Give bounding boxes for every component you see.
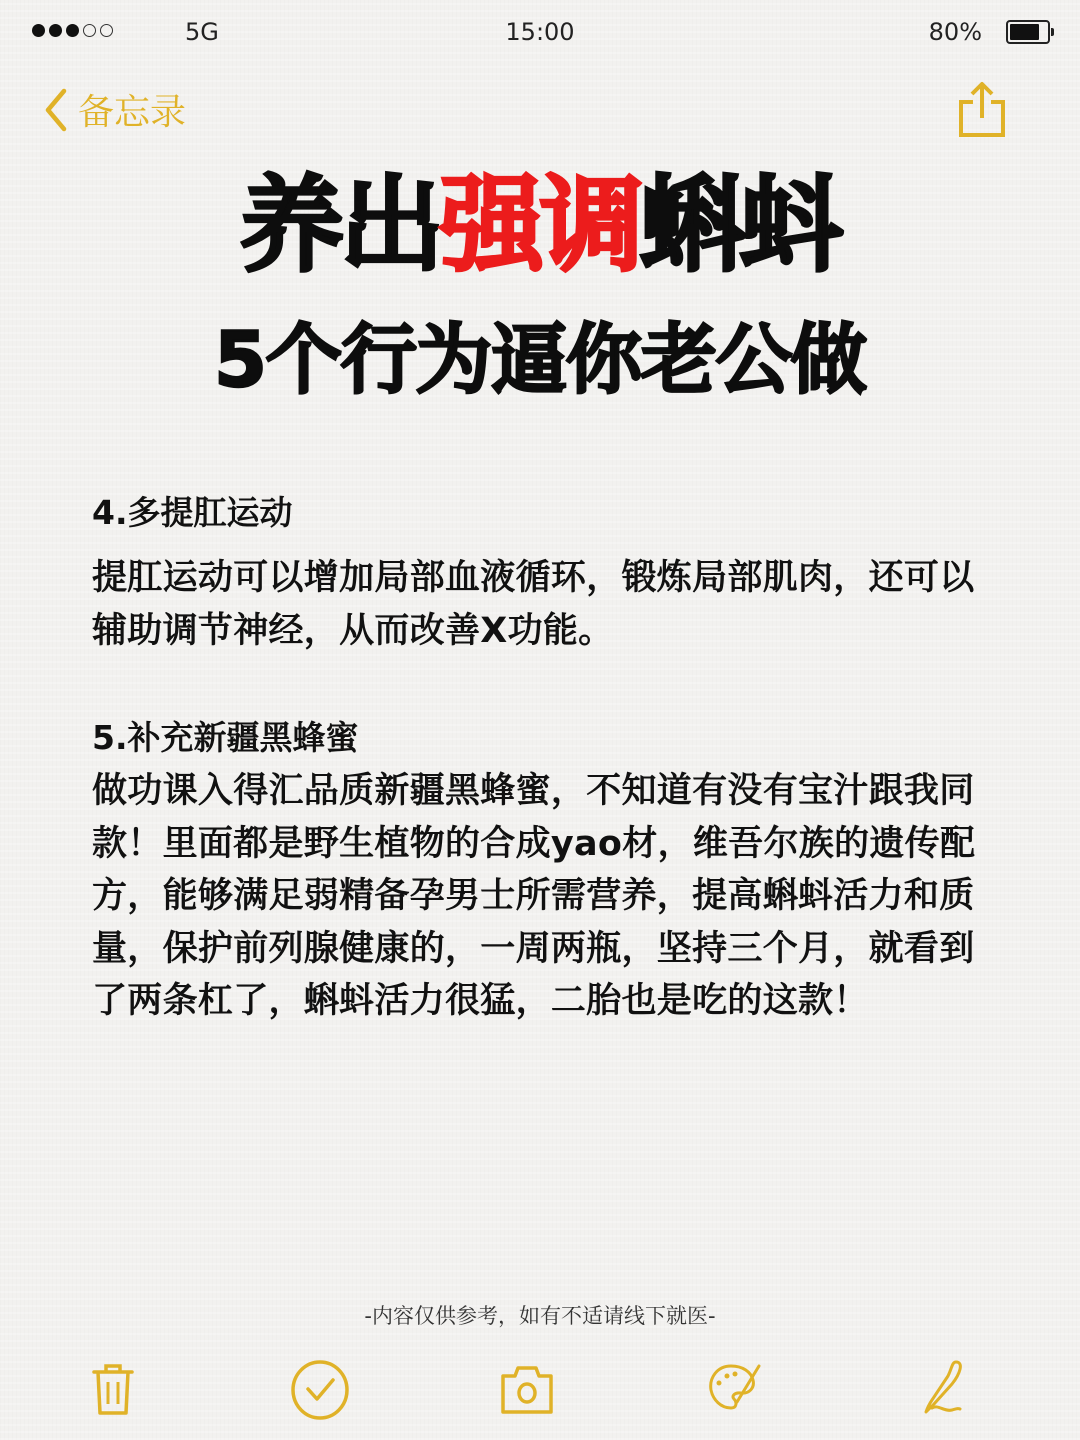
compose-button[interactable] xyxy=(905,1350,975,1426)
section-4: 4.多提肛运动 提肛运动可以增加局部血液循环，锻炼局部肌肉，还可以辅助调节神经，… xyxy=(92,486,1002,657)
battery-percent: 80% xyxy=(929,18,982,46)
section-heading: 5.补充新疆黑蜂蜜 xyxy=(92,711,1002,765)
delete-button[interactable] xyxy=(78,1350,148,1426)
pen-icon xyxy=(908,1356,972,1420)
camera-icon xyxy=(495,1356,559,1420)
disclaimer: -内容仅供参考，如有不适请线下就医- xyxy=(0,1300,1080,1330)
status-bar: 5G 15:00 80% xyxy=(0,0,1080,66)
back-button[interactable]: 备忘录 xyxy=(42,84,186,135)
note-body[interactable]: 4.多提肛运动 提肛运动可以增加局部血液循环，锻炼局部肌肉，还可以辅助调节神经，… xyxy=(92,486,1002,1028)
share-button[interactable] xyxy=(956,80,1008,140)
section-heading: 4.多提肛运动 xyxy=(92,486,1002,540)
nav-bar: 备忘录 xyxy=(0,80,1080,150)
trash-icon xyxy=(81,1356,145,1420)
clock: 15:00 xyxy=(0,18,1080,46)
checklist-button[interactable] xyxy=(285,1350,355,1426)
markup-button[interactable] xyxy=(698,1350,768,1426)
share-icon xyxy=(956,80,1008,140)
palette-icon xyxy=(701,1356,765,1420)
chevron-left-icon xyxy=(42,87,70,133)
section-5: 5.补充新疆黑蜂蜜 做功课入得汇品质新疆黑蜂蜜，不知道有没有宝汁跟我同款！里面都… xyxy=(92,711,1002,1028)
back-label: 备忘录 xyxy=(78,84,186,135)
checklist-icon xyxy=(288,1356,352,1420)
title-part-2-highlight: 强调 xyxy=(440,164,640,286)
title-part-3: 蝌蚪 xyxy=(640,164,840,286)
section-paragraph: 提肛运动可以增加局部血液循环，锻炼局部肌肉，还可以辅助调节神经，从而改善X功能。 xyxy=(92,552,1002,657)
battery-icon xyxy=(1006,20,1050,44)
camera-button[interactable] xyxy=(492,1350,562,1426)
note-title: 养出强调蝌蚪 xyxy=(0,160,1080,290)
section-paragraph: 做功课入得汇品质新疆黑蜂蜜，不知道有没有宝汁跟我同款！里面都是野生植物的合成ya… xyxy=(92,765,1002,1028)
title-part-1: 养出 xyxy=(240,164,440,286)
note-subtitle: 5个行为逼你老公做 xyxy=(0,305,1080,415)
bottom-toolbar xyxy=(0,1350,1080,1430)
